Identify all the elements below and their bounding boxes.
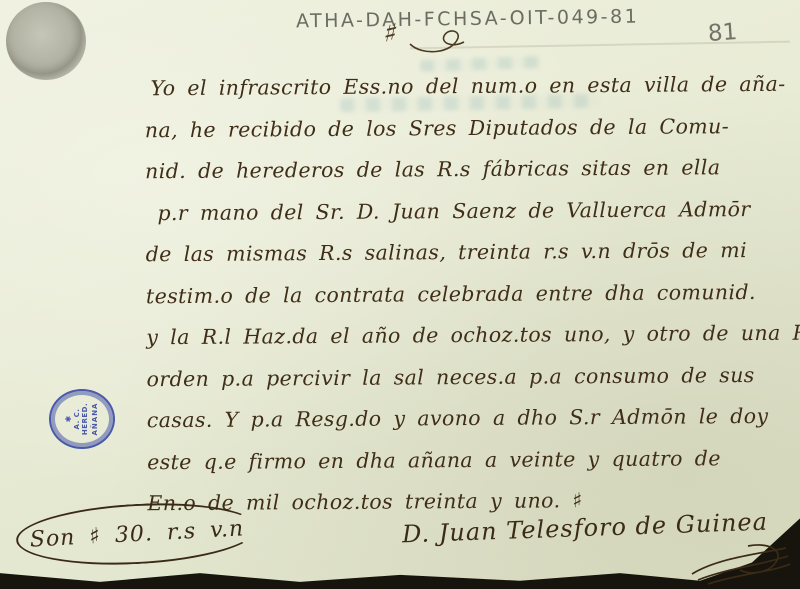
manuscript-line: este q.e firmo en dha añana a veinte y q…	[147, 437, 795, 483]
manuscript-line: de las mismas R.s salinas, treinta r.s v…	[146, 230, 794, 276]
manuscript-line: na, he recibido de los Sres Diputados de…	[145, 105, 793, 151]
stamp-text-bottom: AÑANA	[91, 403, 99, 436]
page-number: 81	[707, 19, 738, 47]
amount-note: Son ♯ 30. r.s v.n	[29, 516, 244, 552]
stamp-star-icon: ✱	[65, 416, 73, 423]
manuscript-line: casas. Y p.a Resg.do y avono a dho S.r A…	[147, 396, 795, 442]
manuscript-line: testim.o de la contrata celebrada entre …	[146, 271, 794, 317]
seal-stain	[6, 2, 86, 80]
manuscript-line: y la R.l Haz.da el año de ochoz.tos uno,…	[146, 313, 794, 359]
signature-rubric	[688, 540, 792, 586]
manuscript-line: orden p.a percivir la sal neces.a p.a co…	[146, 354, 794, 400]
stamp-text-top: A. C. HERED.	[73, 391, 89, 447]
paper-mark-flourish	[408, 26, 468, 56]
manuscript-line: nid. de herederos de las R.s fábricas si…	[145, 147, 793, 193]
manuscript-line: p.r mano del Sr. D. Juan Saenz de Vallue…	[145, 188, 793, 234]
heirs-community-stamp: ✱ A. C. HERED. AÑANA	[49, 389, 115, 449]
manuscript-body: Yo el infrascrito Ess.no del num.o en es…	[144, 64, 795, 525]
manuscript-line: Yo el infrascrito Ess.no del num.o en es…	[144, 64, 792, 110]
